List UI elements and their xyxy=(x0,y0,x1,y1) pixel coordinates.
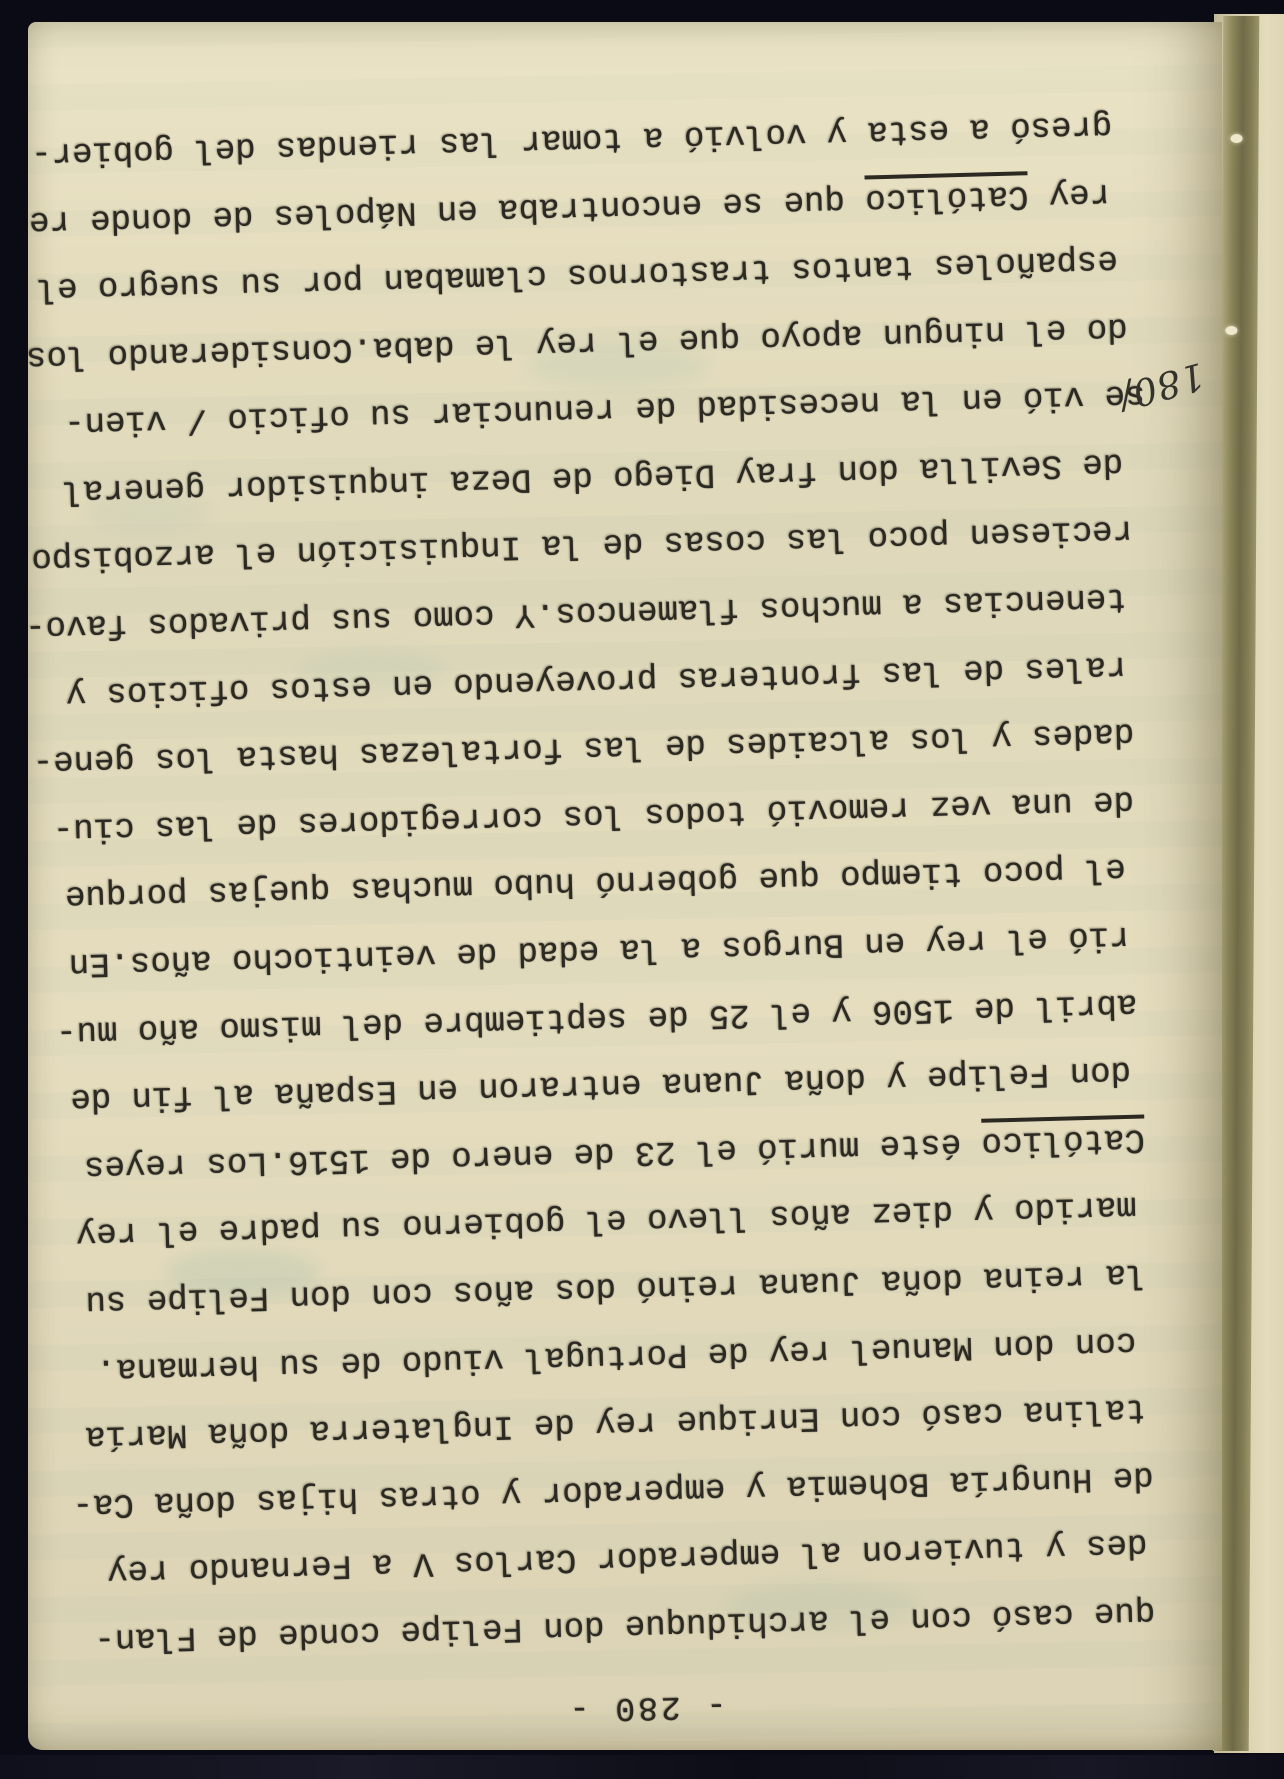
scan-bottom-border xyxy=(0,1755,1284,1779)
gutter-nick xyxy=(1231,134,1243,143)
line-text: rey xyxy=(1028,174,1111,214)
underlined-word: Católico xyxy=(865,171,1029,218)
line-text: éste murió el 23 de enero de 1516.Los re… xyxy=(84,1124,982,1185)
gutter-nick xyxy=(1225,326,1237,335)
page-number: - 280 - xyxy=(49,1673,1222,1741)
line-text: que se encontraba en Nápoles de donde re… xyxy=(28,180,866,240)
underlined-word: Católico xyxy=(981,1114,1145,1161)
scan-root: { "document": { "page_number": "- 280 -"… xyxy=(0,0,1284,1779)
handwritten-margin-annotation: 180/ xyxy=(1112,346,1212,427)
page-content-upside-down: - 280 - que casó con el archiduque don F… xyxy=(28,22,1222,1750)
typewritten-text-block: que casó con el archiduque don Felipe co… xyxy=(28,85,1222,1670)
line-text: que casó con el archiduque don Felipe co… xyxy=(94,1592,1156,1658)
book-scan: - 280 - que casó con el archiduque don F… xyxy=(0,0,1284,1779)
document-page: - 280 - que casó con el archiduque don F… xyxy=(28,22,1222,1750)
